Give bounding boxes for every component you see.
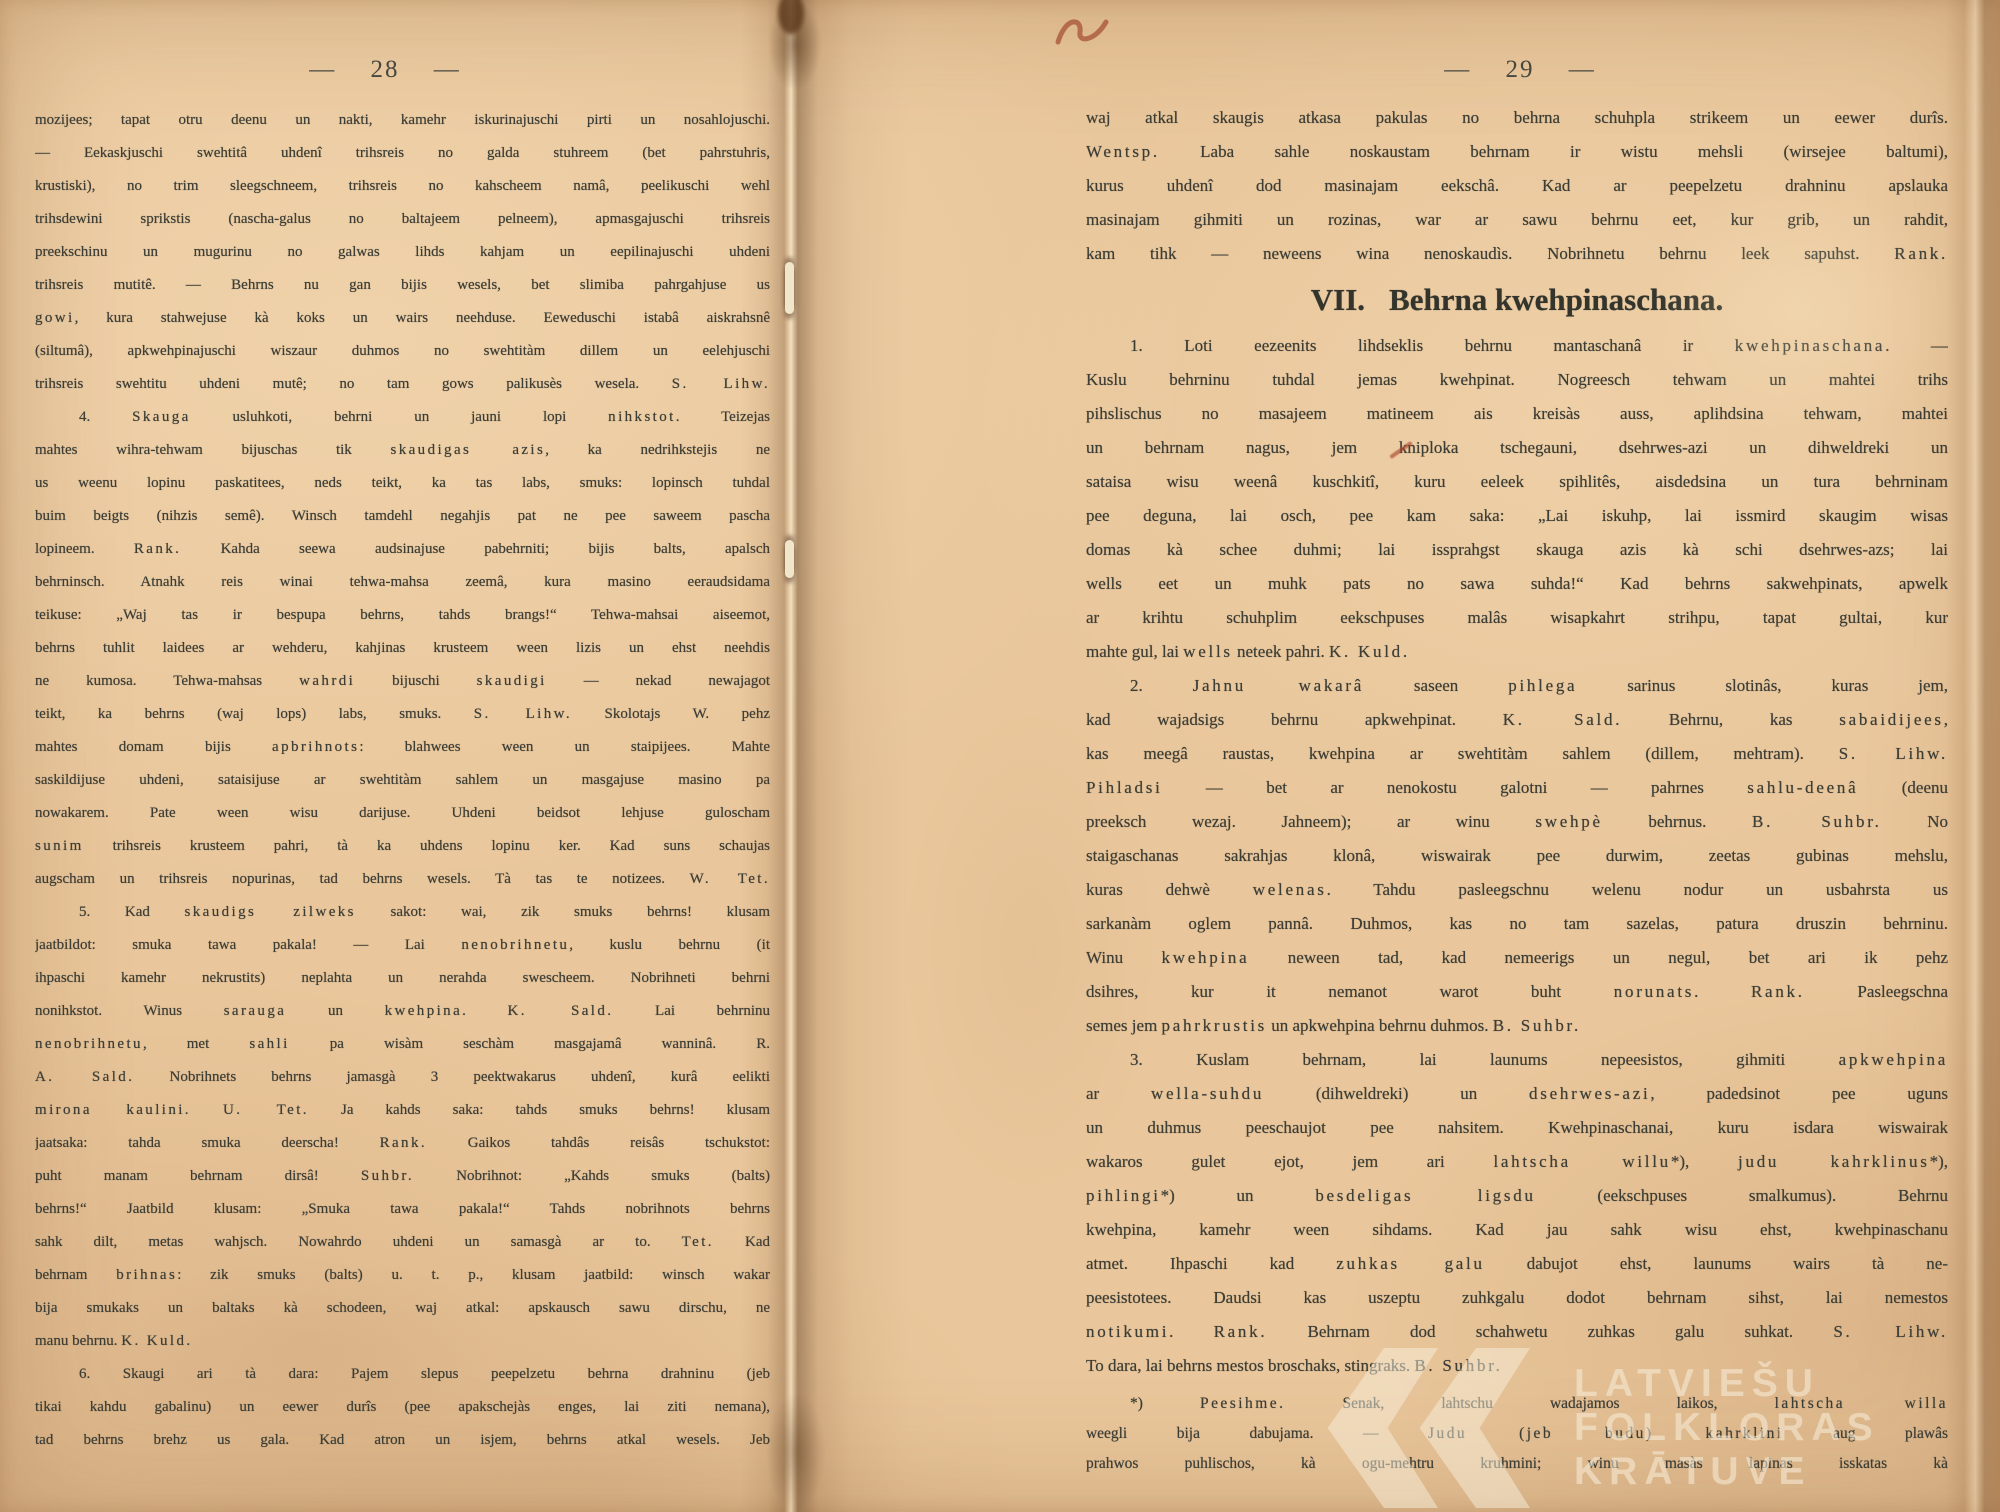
- spaced-emphasis: S. Lihw.: [1839, 744, 1948, 763]
- text-line: ar wella-suhdu (dihweldreki) un dsehrwes…: [1086, 1077, 1948, 1111]
- paragraph: 3. Kuslam behrnam, lai launums nepeesist…: [1086, 1043, 1948, 1383]
- text-line: mozijees; tapat otru deenu un nakti, kam…: [35, 104, 770, 137]
- spaced-emphasis: B. Suhbr.: [1752, 812, 1882, 831]
- spaced-emphasis: dsehrwes-azi: [1529, 1084, 1650, 1103]
- text-line: trihsdewini sprikstis (nascha-galus no b…: [35, 203, 770, 236]
- spaced-emphasis: pahrkrustis: [1162, 1016, 1267, 1035]
- text-line: 3. Kuslam behrnam, lai launums nepeesist…: [1086, 1043, 1948, 1077]
- text-line: teikuse: „Waj tas ir bespupa behrns, tah…: [35, 599, 770, 632]
- spaced-emphasis: pihlingi: [1086, 1186, 1161, 1205]
- spaced-emphasis: kwehpina: [385, 1003, 463, 1019]
- spaced-emphasis: K. Sald.: [508, 1003, 614, 1019]
- binding-stitch: [785, 540, 794, 578]
- text-line: nenobrihnetu, met sahli pa wisàm seschàm…: [35, 1028, 770, 1061]
- spaced-emphasis: K. Sald.: [1503, 710, 1622, 729]
- spaced-emphasis: welenas: [1253, 880, 1327, 899]
- spaced-emphasis: Rank.: [134, 541, 181, 557]
- text-line: nonihkstot. Winus sarauga un kwehpina. K…: [35, 995, 770, 1028]
- text-line: mahtes wihra-tehwam bijuschas tik skaudi…: [35, 434, 770, 467]
- text-line: Pihladsi — bet ar nenokostu galotni — pa…: [1086, 771, 1948, 805]
- text-line: mahte gul, lai wells neteek pahri. K. Ku…: [1086, 635, 1948, 669]
- text-line: *) Peesihme. Senak, lahtschu wadajamos l…: [1086, 1389, 1948, 1419]
- text-line: mirona kaulini. U. Tet. Ja kahds saka: t…: [35, 1094, 770, 1127]
- text-line: preekschinu un mugurinu no galwas lihds …: [35, 236, 770, 269]
- spaced-emphasis: brihnas: [116, 1267, 177, 1283]
- spaced-emphasis: Peesihme.: [1200, 1395, 1285, 1412]
- text-line: 2. Jahnu wakarâ saseen pihlega sarinus s…: [1086, 669, 1948, 703]
- spaced-emphasis: A. Sald.: [35, 1069, 134, 1085]
- text-line: tad behrns brehz us gala. Kad atron un i…: [35, 1424, 770, 1457]
- spaced-emphasis: U. Tet.: [223, 1102, 309, 1118]
- spaced-emphasis: nenobrihnetu: [35, 1036, 143, 1052]
- spaced-emphasis: notikumi: [1086, 1322, 1169, 1341]
- paragraph: 5. Kad skaudigs zilweks sakot: wai, zik …: [35, 896, 770, 1358]
- text-line: puht manam behrnam dirsâ! Suhbr. Nobrihn…: [35, 1160, 770, 1193]
- text-line: behrns tuhlit laidees ar wehderu, kahjin…: [35, 632, 770, 665]
- text-line: 5. Kad skaudigs zilweks sakot: wai, zik …: [35, 896, 770, 929]
- spaced-emphasis: pihlega: [1508, 676, 1577, 695]
- spaced-emphasis: sarauga: [224, 1003, 287, 1019]
- spaced-emphasis: zuhkas galu: [1336, 1254, 1484, 1273]
- text-line: sataisa wisu weenâ kuschkitî, kuru eelee…: [1086, 465, 1948, 499]
- text-line: kwehpina, kamehr ween sihdams. Kad jau s…: [1086, 1213, 1948, 1247]
- text-line: us weenu lopinu paskatitees, neds teikt,…: [35, 467, 770, 500]
- section-heading: VII.Behrna kwehpinaschana.: [1086, 280, 1948, 320]
- text-line: staigaschanas sakrahjas klonâ, wiswairak…: [1086, 839, 1948, 873]
- text-line: un behrnam nagus, jem kniploka tschegaun…: [1086, 431, 1948, 465]
- spaced-emphasis: Jahnu wakarâ: [1193, 676, 1364, 695]
- text-line: behrns!“ Jaatbild klusam: „Smuka tawa pa…: [35, 1193, 770, 1226]
- paragraph: 4. Skauga usluhkoti, behrni un jauni lop…: [35, 401, 770, 896]
- page-29-top-paragraphs: waj atkal skaugis atkasa pakulas no behr…: [1086, 101, 1948, 271]
- spaced-emphasis: judu kahrklinus: [1738, 1152, 1930, 1171]
- paragraph: mozijees; tapat otru deenu un nakti, kam…: [35, 104, 770, 401]
- page-29-paragraphs: 1. Loti eezeenits lihdseklis behrnu mant…: [1086, 329, 1948, 1479]
- spaced-emphasis: kwehpina: [1162, 948, 1250, 967]
- text-line: masinajam gihmiti un rozinas, war ar saw…: [1086, 203, 1948, 237]
- text-line: 6. Skaugi ari tà dara: Pajem slepus peep…: [35, 1358, 770, 1391]
- spaced-emphasis: sahli: [249, 1036, 289, 1052]
- text-line: nowakarem. Pate ween wisu darijuse. Uhde…: [35, 797, 770, 830]
- text-line: tikai kahdu gabalinu) un eewer durîs (pe…: [35, 1391, 770, 1424]
- text-line: ne kumosa. Tehwa-mahsas wahrdi bijuschi …: [35, 665, 770, 698]
- spaced-emphasis: B. Suhbr.: [1414, 1356, 1502, 1375]
- text-line: kuras dehwè welenas. Tahdu pasleegschnu …: [1086, 873, 1948, 907]
- spaced-emphasis: skaudigs zilweks: [185, 904, 356, 920]
- page-number-right: — 29 —: [1080, 56, 1960, 84]
- text-line: ar krihtu schuhplim eekschpuses malâs wi…: [1086, 601, 1948, 635]
- spaced-emphasis: wells: [1183, 642, 1232, 661]
- spaced-emphasis: lahtscha willu: [1493, 1152, 1670, 1171]
- spaced-emphasis: S. Lihw.: [672, 376, 770, 392]
- spaced-emphasis: kwehpinaschana: [1735, 336, 1885, 355]
- spaced-emphasis: skaudigi: [477, 673, 547, 689]
- text-line: augscham un trihsreis nopurinas, tad beh…: [35, 863, 770, 896]
- text-line: 4. Skauga usluhkoti, behrni un jauni lop…: [35, 401, 770, 434]
- paragraph: 2. Jahnu wakarâ saseen pihlega sarinus s…: [1086, 669, 1948, 1043]
- text-line: manu behrnu. K. Kuld.: [35, 1325, 770, 1358]
- paragraph: 6. Skaugi ari tà dara: Pajem slepus peep…: [35, 1358, 770, 1457]
- text-line: atmet. Ihpaschi kad zuhkas galu dabujot …: [1086, 1247, 1948, 1281]
- paragraph: waj atkal skaugis atkasa pakulas no behr…: [1086, 101, 1948, 271]
- spaced-emphasis: Rank.: [1751, 982, 1805, 1001]
- spaced-emphasis: nenobrihnetu: [461, 937, 569, 953]
- text-line: wakaros gulet ejot, jem ari lahtscha wil…: [1086, 1145, 1948, 1179]
- footnote-paragraph: *) Peesihme. Senak, lahtschu wadajamos l…: [1086, 1389, 1948, 1479]
- spaced-emphasis: Judu (jeb budu) kahrklini: [1428, 1425, 1784, 1442]
- spaced-emphasis: besdeligas ligsdu: [1315, 1186, 1535, 1205]
- text-line: sarkanàm oglem pannâ. Duhmos, kas no tam…: [1086, 907, 1948, 941]
- spaced-emphasis: Tet.: [682, 1234, 714, 1250]
- paragraph: 1. Loti eezeenits lihdseklis behrnu mant…: [1086, 329, 1948, 669]
- text-line: — Eekaskjuschi swehtitâ uhdenî trihsreis…: [35, 137, 770, 170]
- spaced-emphasis: sabaidijees: [1839, 710, 1944, 729]
- binding-hole: [778, 0, 804, 34]
- text-line: Winu kwehpina neween tad, kad nemeerigs …: [1086, 941, 1948, 975]
- text-line: prahwos puhlischos, kà ogu-mehtru kruhmi…: [1086, 1449, 1948, 1479]
- text-line: peesistotees. Daudsi kas uszeptu zuhkgal…: [1086, 1281, 1948, 1315]
- spaced-emphasis: apkwehpina: [1839, 1050, 1948, 1069]
- section-title: Behrna kwehpinaschana.: [1389, 282, 1723, 317]
- text-line: krustiski), no trim sleegschneem, trihsr…: [35, 170, 770, 203]
- text-line: wells eet un muhk pats no sawa suhda!“ K…: [1086, 567, 1948, 601]
- spaced-emphasis: swehpè: [1535, 812, 1602, 831]
- text-line: behrnam brihnas: zik smuks (balts) u. t.…: [35, 1259, 770, 1292]
- page-28: — 28 — mozijees; tapat otru deenu un nak…: [0, 0, 770, 1512]
- spaced-emphasis: norunats: [1614, 982, 1694, 1001]
- text-line: semes jem pahrkrustis un apkwehpina behr…: [1086, 1009, 1948, 1043]
- spaced-emphasis: wella-suhdu: [1151, 1084, 1264, 1103]
- text-line: jaatbildot: smuka tawa pakala! — Lai nen…: [35, 929, 770, 962]
- spaced-emphasis: sunim: [35, 838, 84, 854]
- text-line: buim beigts (nihzis semê). Winsch tamdeh…: [35, 500, 770, 533]
- text-line: A. Sald. Nobrihnets behrns jamasgà 3 pee…: [35, 1061, 770, 1094]
- text-line: pihlingi*) un besdeligas ligsdu (eekschp…: [1086, 1179, 1948, 1213]
- spaced-emphasis: nihkstot: [608, 409, 676, 425]
- spaced-emphasis: Skauga: [132, 409, 191, 425]
- spaced-emphasis: Pihladsi: [1086, 778, 1163, 797]
- text-line: kad wajadsigs behrnu apkwehpinat. K. Sal…: [1086, 703, 1948, 737]
- spaced-emphasis: W. Tet.: [690, 871, 770, 887]
- spaced-emphasis: lahtscha willa: [1775, 1395, 1948, 1412]
- spaced-emphasis: B. Suhbr.: [1493, 1016, 1581, 1035]
- text-line: sahk dilt, metas wahjsch. Nowahrdo uhden…: [35, 1226, 770, 1259]
- book-spread: — 28 — mozijees; tapat otru deenu un nak…: [0, 0, 2000, 1512]
- spaced-emphasis: S. Lihw.: [474, 706, 572, 722]
- text-line: lopineem. Rank. Kahda seewa audsinajuse …: [35, 533, 770, 566]
- text-line: Kuslu behrninu tuhdal jemas kwehpinat. N…: [1086, 363, 1948, 397]
- spaced-emphasis: Rank.: [1894, 244, 1948, 263]
- text-line: 1. Loti eezeenits lihdseklis behrnu mant…: [1086, 329, 1948, 363]
- spaced-emphasis: Wentsp.: [1086, 142, 1160, 161]
- text-line: pihslischus no masajeem matineem ais kre…: [1086, 397, 1948, 431]
- spaced-emphasis: Rank.: [1214, 1322, 1268, 1341]
- spaced-emphasis: gowi: [35, 310, 75, 326]
- binding-stitch: [785, 262, 794, 314]
- text-line: kurus uhdenî dod masinajam eekschâ. Kad …: [1086, 169, 1948, 203]
- text-line: waj atkal skaugis atkasa pakulas no behr…: [1086, 101, 1948, 135]
- page-29-text: waj atkal skaugis atkasa pakulas no behr…: [1086, 101, 1948, 1479]
- text-line: sunim trihsreis krusteem pahri, tà ka uh…: [35, 830, 770, 863]
- spaced-emphasis: K. Kuld.: [121, 1333, 192, 1349]
- text-line: domas kà schee duhmi; lai issprahgst ska…: [1086, 533, 1948, 567]
- spaced-emphasis: Rank.: [380, 1135, 427, 1151]
- spaced-emphasis: mirona kaulini.: [35, 1102, 191, 1118]
- text-line: To dara, lai behrns mestos broschaks, st…: [1086, 1349, 1948, 1383]
- text-line: mahtes domam bijis apbrihnots: blahwees …: [35, 731, 770, 764]
- text-line: weegli bija dabujama. — Judu (jeb budu) …: [1086, 1419, 1948, 1449]
- red-ink-mark: [1052, 8, 1122, 56]
- text-line: un duhmus peeschaujot pee nahsitem. Kweh…: [1086, 1111, 1948, 1145]
- spaced-emphasis: apbrihnots: [272, 739, 359, 755]
- text-line: pee deguna, lai osch, pee kam saka: „Lai…: [1086, 499, 1948, 533]
- text-line: kam tihk — neweens wina nenoskaudìs. Nob…: [1086, 237, 1948, 271]
- page-28-text: mozijees; tapat otru deenu un nakti, kam…: [35, 104, 770, 1457]
- spaced-emphasis: wahrdi: [299, 673, 355, 689]
- text-line: Wentsp. Laba sahle noskaustam behrnam ir…: [1086, 135, 1948, 169]
- text-line: dsihres, kur it nemanot warot buht norun…: [1086, 975, 1948, 1009]
- text-line: ihpaschi kamehr nekrustits) neplahta un …: [35, 962, 770, 995]
- spaced-emphasis: sahlu-deenâ: [1747, 778, 1858, 797]
- text-line: bija smukaks un baltaks kà schodeen, waj…: [35, 1292, 770, 1325]
- text-line: preeksch wezaj. Jahneem); ar winu swehpè…: [1086, 805, 1948, 839]
- spaced-emphasis: Suhbr.: [361, 1168, 414, 1184]
- page-29: — 29 — waj atkal skaugis atkasa pakulas …: [1080, 0, 1960, 1512]
- text-line: behrninsch. Atnahk reis winai tehwa-mahs…: [35, 566, 770, 599]
- text-line: jaatsaka: tahda smuka deerscha! Rank. Ga…: [35, 1127, 770, 1160]
- text-line: trihsreis swehtitu uhdeni mutê; no tam g…: [35, 368, 770, 401]
- spaced-emphasis: S. Lihw.: [1833, 1322, 1948, 1341]
- text-line: saskildijuse uhdeni, sataisijuse ar sweh…: [35, 764, 770, 797]
- page-number-left: — 28 —: [0, 56, 770, 84]
- spaced-emphasis: skaudigas azis: [390, 442, 545, 458]
- text-line: kas meegâ raustas, kwehpina ar swehtitàm…: [1086, 737, 1948, 771]
- text-line: trihsreis mutitê. — Behrns nu gan bijis …: [35, 269, 770, 302]
- text-line: notikumi. Rank. Behrnam dod schahwetu zu…: [1086, 1315, 1948, 1349]
- spaced-emphasis: K. Kuld.: [1329, 642, 1410, 661]
- text-line: gowi, kura stahwejuse kà koks un wairs n…: [35, 302, 770, 335]
- text-line: teikt, ka behrns (waj lops) labs, smuks.…: [35, 698, 770, 731]
- text-line: (siltumâ), apkwehpinajuschi wiszaur duhm…: [35, 335, 770, 368]
- section-number: VII.: [1311, 282, 1365, 317]
